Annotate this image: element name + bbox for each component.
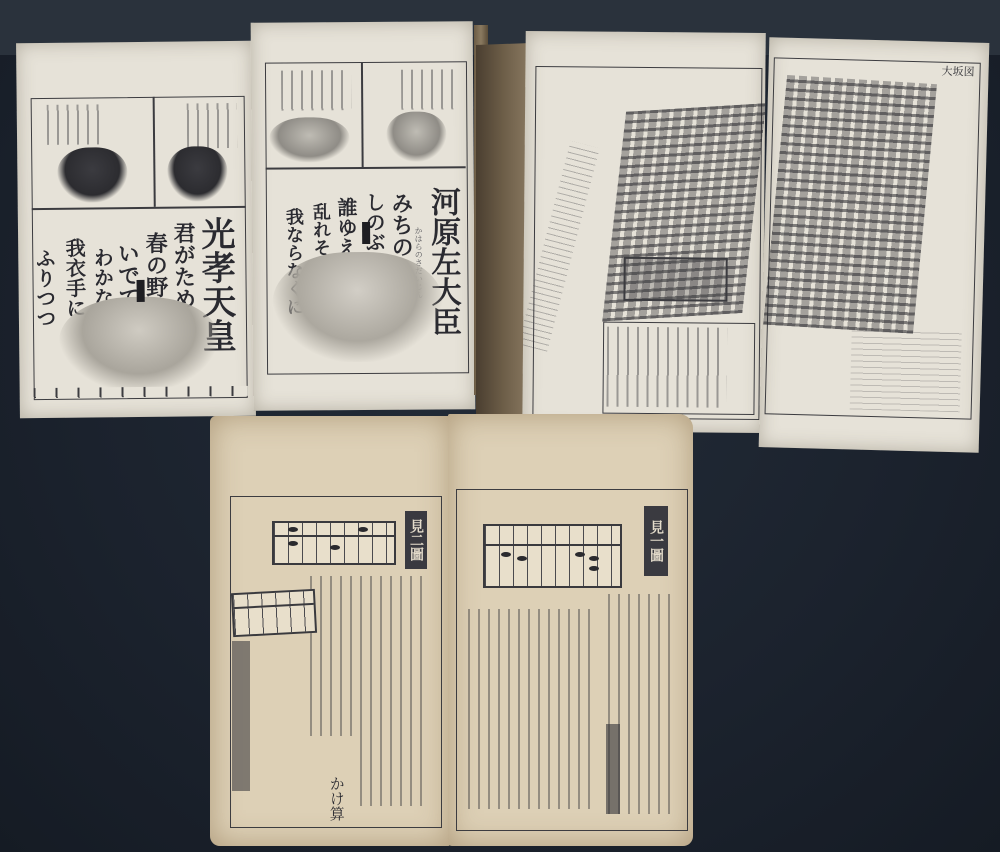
explanation-text: [468, 609, 598, 809]
footer-label: かけ算: [328, 776, 344, 821]
poem-line: 君がため: [171, 221, 195, 309]
noble-figure-1: [57, 147, 128, 203]
minister-figure: [272, 251, 443, 362]
table-columns: [310, 576, 355, 736]
upper-poem-text: [47, 104, 102, 145]
city-grid-right: [763, 75, 937, 334]
poem-line: 我衣手に: [63, 238, 85, 318]
abacus-right-page: 見一圖: [448, 414, 693, 846]
poetry-book: 光孝天皇 君がため 春の野に いでて わかなつむ 我衣手に ふりつつ 河原左大臣…: [14, 20, 489, 420]
abacus-left-page: 見二圖 かけ算: [210, 416, 450, 846]
upper-poem-text: [281, 70, 351, 110]
abacus-book: 見二圖 かけ算 見一圖: [208, 404, 698, 852]
abacus-diagram: [483, 524, 622, 588]
emperor-figure: [59, 296, 220, 393]
temple-precinct-area: [850, 329, 962, 412]
dark-column: [606, 724, 620, 814]
dark-side-panel: [232, 641, 250, 791]
abacus-diagram: [272, 521, 396, 565]
noble-figure-2: [167, 146, 228, 202]
map-title-cartouche: 大坂図: [941, 66, 974, 78]
upper-poem-text: [401, 69, 456, 109]
poet-figure-2: [386, 111, 446, 161]
map-right-page: 大坂図: [759, 37, 990, 453]
castle-block: [623, 257, 727, 302]
figure-label: 見一圖: [644, 506, 668, 576]
poet-figure-komachi: [269, 117, 349, 163]
minister-cap: [362, 222, 370, 244]
poem-line: ふりつつ: [33, 248, 55, 328]
listing-table-text: [606, 327, 727, 408]
upper-poem-text: [187, 103, 237, 149]
poetry-right-page: 河原左大臣 かはらのさだいじん みちのくの しのぶもぢ 誰ゆえに 乱れそめにし …: [251, 21, 476, 411]
explanation-text: [360, 576, 430, 806]
photo-scene: 光孝天皇 君がため 春の野に いでて わかなつむ 我衣手に ふりつつ 河原左大臣…: [0, 0, 1000, 852]
figure-label: 見二圖: [405, 511, 427, 569]
map-book: 大坂図: [476, 14, 991, 454]
map-left-page: [522, 31, 765, 433]
poetry-left-page: 光孝天皇 君がため 春の野に いでて わかなつむ 我衣手に ふりつつ: [16, 41, 256, 418]
abacus-diagram-small: [231, 589, 317, 637]
emperor-cap: [137, 280, 145, 302]
